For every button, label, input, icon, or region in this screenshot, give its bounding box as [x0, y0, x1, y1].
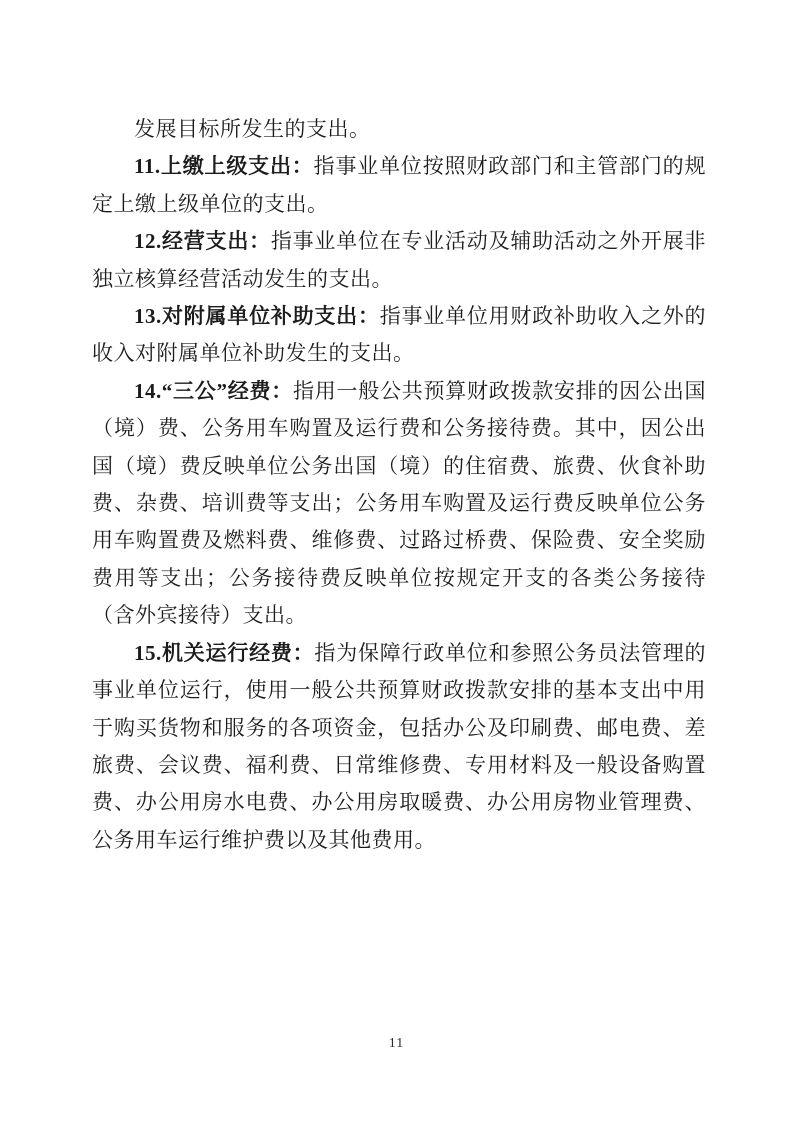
paragraph-item-12: 12.经营支出：指事业单位在专业活动及辅助活动之外开展非独立核算经营活动发生的支…	[92, 223, 706, 298]
paragraph-lead: 15.机关运行经费：	[134, 641, 314, 665]
paragraph-continuation: 发展目标所发生的支出。	[92, 111, 706, 148]
paragraph-lead: 12.经营支出：	[134, 229, 271, 253]
paragraph-item-15: 15.机关运行经费：指为保障行政单位和参照公务员法管理的事业单位运行，使用一般公…	[92, 635, 706, 859]
document-page: 发展目标所发生的支出。 11.上缴上级支出：指事业单位按照财政部门和主管部门的规…	[0, 0, 793, 1122]
paragraph-item-11: 11.上缴上级支出：指事业单位按照财政部门和主管部门的规定上缴上级单位的支出。	[92, 148, 706, 223]
paragraph-text: 指为保障行政单位和参照公务员法管理的事业单位运行，使用一般公共预算财政拨款安排的…	[92, 641, 706, 852]
page-number: 11	[0, 1036, 793, 1052]
paragraph-lead: 11.上缴上级支出：	[134, 154, 314, 178]
paragraph-lead: 13.对附属单位补助支出：	[134, 304, 380, 328]
document-body: 发展目标所发生的支出。 11.上缴上级支出：指事业单位按照财政部门和主管部门的规…	[92, 111, 706, 859]
paragraph-text: 发展目标所发生的支出。	[134, 117, 371, 141]
paragraph-item-13: 13.对附属单位补助支出：指事业单位用财政补助收入之外的收入对附属单位补助发生的…	[92, 298, 706, 373]
paragraph-lead: 14.“三公”经费：	[134, 379, 293, 403]
paragraph-item-14: 14.“三公”经费：指用一般公共预算财政拨款安排的因公出国（境）费、公务用车购置…	[92, 373, 706, 635]
paragraph-text: 指用一般公共预算财政拨款安排的因公出国（境）费、公务用车购置及运行费和公务接待费…	[92, 379, 706, 627]
